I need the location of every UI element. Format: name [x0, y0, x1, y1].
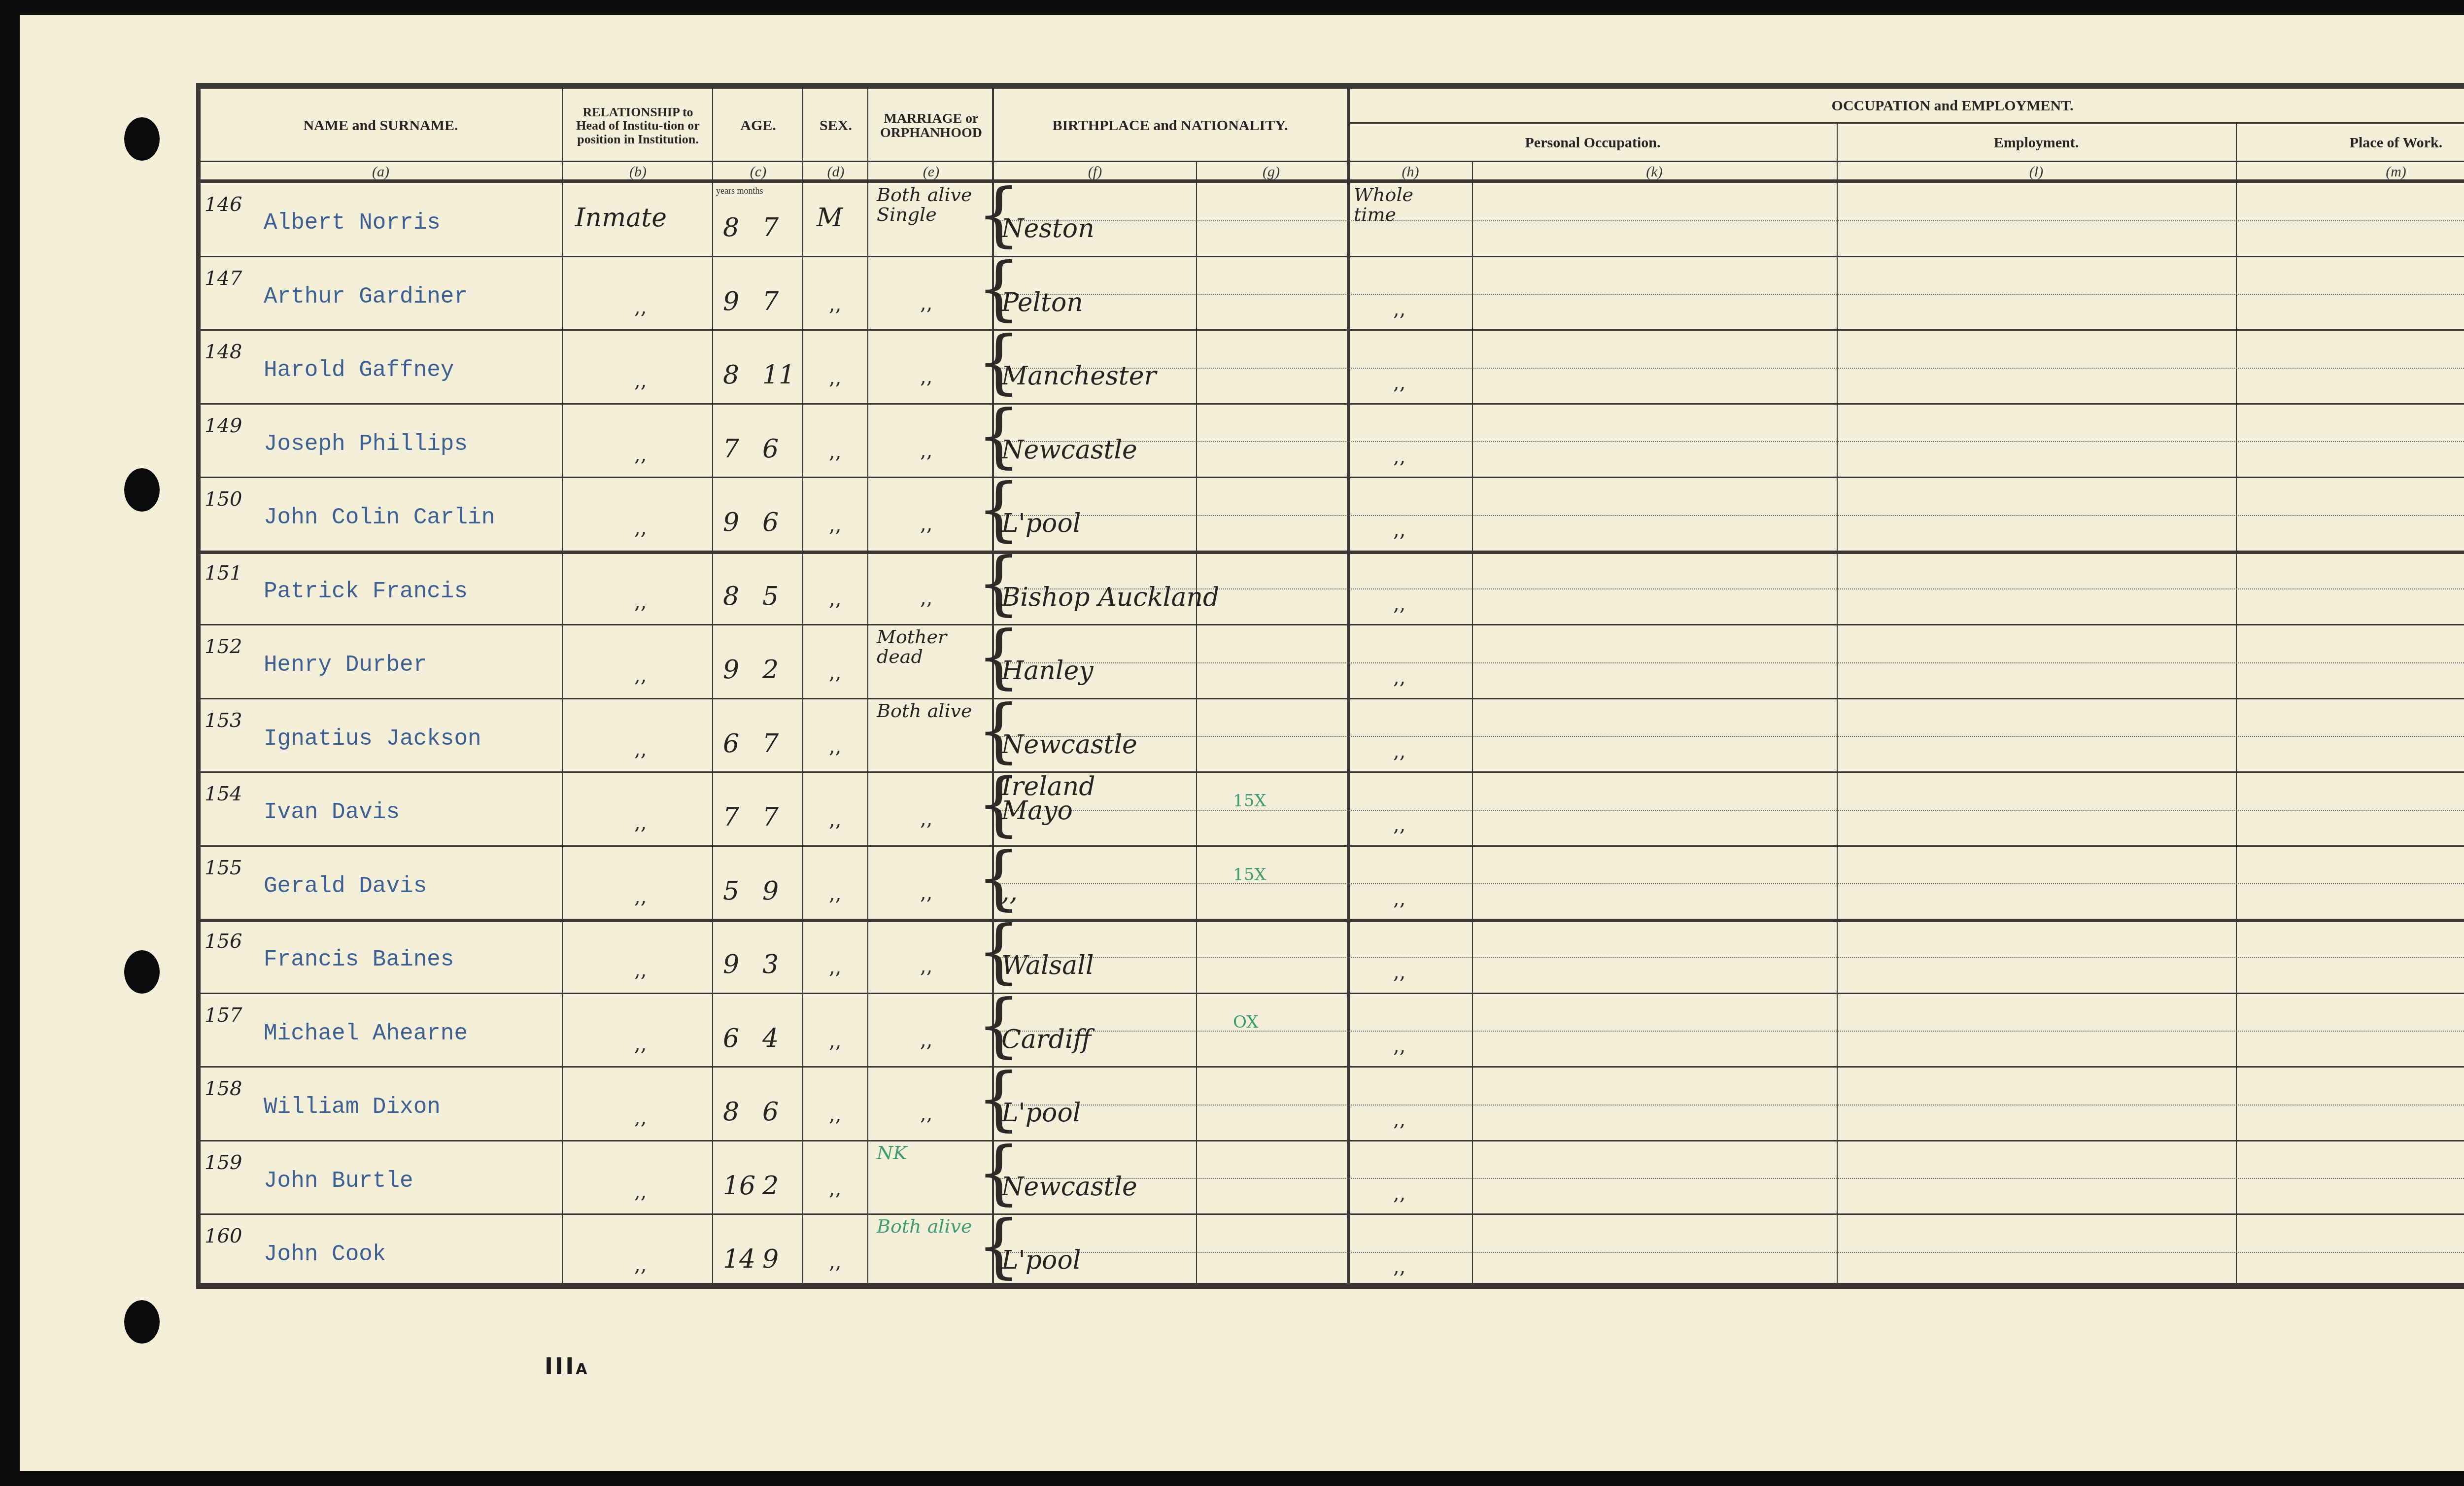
relationship-value[interactable]: ,, — [634, 1180, 647, 1203]
sex-value[interactable]: ,, — [829, 587, 841, 610]
table-row: 150 John Colin Carlin ,, 9 6 ,, ,, { L'p… — [201, 478, 2464, 552]
age-months[interactable]: 6 — [762, 508, 779, 537]
age-months[interactable]: 6 — [762, 1097, 779, 1127]
schedule-number: 157 — [205, 1004, 242, 1027]
sex-value[interactable]: ,, — [829, 1250, 841, 1273]
age-years[interactable]: 9 — [723, 950, 739, 979]
age-years[interactable]: 8 — [723, 1097, 739, 1127]
age-months[interactable]: 7 — [762, 287, 779, 316]
nationality-note[interactable]: 15X — [1233, 866, 1266, 884]
relationship-value[interactable]: ,, — [634, 296, 647, 318]
age-months[interactable]: 5 — [762, 582, 779, 611]
birthplace-value[interactable]: L'pool — [1001, 1098, 1081, 1128]
person-name[interactable]: John Cook — [264, 1242, 386, 1267]
age-months[interactable]: 6 — [762, 434, 779, 464]
marriage-value[interactable]: NK — [877, 1143, 975, 1163]
sex-value[interactable]: ,, — [829, 440, 841, 463]
col-letter-e: (e) — [868, 164, 994, 180]
marriage-value[interactable]: Mother dead — [877, 627, 975, 667]
person-name[interactable]: Patrick Francis — [264, 579, 468, 604]
row-midline — [994, 220, 2464, 221]
age-years[interactable]: 8 — [723, 360, 739, 390]
birthplace-value[interactable]: Manchester — [1001, 361, 1156, 391]
punch-hole — [124, 1300, 160, 1344]
col-letter-b: (b) — [563, 164, 713, 180]
person-name[interactable]: Ivan Davis — [264, 799, 400, 825]
occupation-value[interactable]: ,, — [1393, 298, 1423, 320]
marriage-value[interactable]: Both alive — [877, 1217, 975, 1237]
schedule-number: 149 — [205, 415, 242, 437]
table-row: 146 Albert Norris Inmate 8 7 M Both aliv… — [201, 183, 2464, 257]
header-sex: SEX. — [803, 89, 868, 163]
punch-hole — [124, 117, 160, 161]
schedule-number: 151 — [205, 562, 242, 585]
table-row: 151 Patrick Francis ,, 8 5 ,, ,, { Bisho… — [201, 552, 2464, 626]
birthplace-value[interactable]: L'pool — [1001, 1245, 1081, 1275]
sheet-mark: IIIA — [545, 1353, 589, 1380]
row-midline — [994, 1031, 2464, 1032]
table-row: 160 John Cook ,, 14 9 ,, Both alive { L'… — [201, 1215, 2464, 1289]
row-midline — [994, 883, 2464, 884]
col-letter-h: (h) — [1349, 164, 1472, 180]
birthplace-value[interactable]: L'pool — [1001, 509, 1081, 538]
schedule-number: 146 — [205, 193, 242, 216]
person-name[interactable]: John Burtle — [264, 1168, 413, 1194]
age-years[interactable]: 9 — [723, 655, 739, 685]
age-years[interactable]: 16 — [723, 1171, 755, 1201]
age-months[interactable]: 7 — [762, 213, 779, 242]
person-name[interactable]: Arthur Gardiner — [264, 284, 468, 310]
age-months[interactable]: 2 — [762, 655, 779, 685]
marriage-value[interactable]: Both alive Single — [877, 185, 975, 225]
row-midline — [994, 294, 2464, 295]
relationship-value[interactable]: ,, — [634, 369, 647, 392]
col-letter-c: (c) — [713, 164, 803, 180]
relationship-value[interactable]: ,, — [634, 1033, 647, 1055]
relationship-value[interactable]: ,, — [634, 1253, 647, 1276]
header-occupation-group: OCCUPATION and EMPLOYMENT. — [1349, 89, 2464, 123]
table-row: 159 John Burtle ,, 16 2 ,, NK { Newcastl… — [201, 1141, 2464, 1215]
row-midline — [994, 662, 2464, 663]
relationship-value[interactable]: ,, — [634, 664, 647, 687]
header-bottom-rule — [201, 179, 2464, 183]
birthplace-value[interactable]: Neston — [1001, 214, 1095, 243]
birthplace-value[interactable]: Hanley — [1001, 656, 1094, 686]
schedule-number: 154 — [205, 783, 242, 805]
sex-value[interactable]: ,, — [829, 808, 841, 831]
nationality-note[interactable]: OX — [1233, 1014, 1258, 1032]
sex-value[interactable]: ,, — [829, 1030, 841, 1052]
table-row: 157 Michael Ahearne ,, 6 4 ,, ,, { Cardi… — [201, 994, 2464, 1068]
occupation-value[interactable]: ,, — [1393, 518, 1423, 541]
schedule-number: 148 — [205, 341, 242, 363]
age-months[interactable]: 11 — [762, 360, 795, 390]
row-midline — [994, 1252, 2464, 1253]
header-marriage: MARRIAGE or ORPHANHOOD — [868, 89, 994, 163]
sex-value[interactable]: ,, — [829, 956, 841, 978]
header-rule — [201, 161, 2464, 162]
col-letter-m: (m) — [2236, 164, 2464, 180]
sex-value[interactable]: M — [817, 203, 843, 233]
age-years[interactable]: 8 — [723, 582, 739, 611]
relationship-value[interactable]: ,, — [634, 590, 647, 613]
table-row: 153 Ignatius Jackson ,, 6 7 ,, Both aliv… — [201, 699, 2464, 773]
schedule-number: 152 — [205, 635, 242, 658]
census-table: NAME and SURNAME. RELATIONSHIP to Head o… — [196, 83, 2464, 1289]
birthplace-value[interactable]: Newcastle — [1001, 730, 1137, 760]
table-row: 154 Ivan Davis ,, 7 7 ,, ,, { Ireland Ma… — [201, 773, 2464, 847]
occupation-value[interactable]: ,, — [1393, 961, 1423, 983]
sex-value[interactable]: ,, — [829, 882, 841, 905]
row-midline — [994, 957, 2464, 958]
header-name: NAME and SURNAME. — [201, 89, 561, 163]
table-row: 149 Joseph Phillips ,, 7 6 ,, ,, { Newca… — [201, 405, 2464, 479]
header-employment: Employment. — [1837, 124, 2236, 162]
table-row: 152 Henry Durber ,, 9 2 ,, Mother dead {… — [201, 625, 2464, 699]
person-name[interactable]: Albert Norris — [264, 210, 441, 236]
birthplace-value[interactable]: ,, — [1001, 877, 1018, 907]
person-name[interactable]: Henry Durber — [264, 652, 427, 678]
age-years[interactable]: 6 — [723, 1024, 739, 1053]
age-months[interactable]: 7 — [762, 729, 779, 759]
occupation-value[interactable]: ,, — [1393, 1182, 1423, 1205]
occupation-value[interactable]: ,, — [1393, 1035, 1423, 1057]
row-midline — [994, 736, 2464, 737]
schedule-number: 147 — [205, 267, 242, 290]
relationship-value[interactable]: Inmate — [575, 203, 667, 233]
occupation-value[interactable]: ,, — [1393, 740, 1423, 762]
birthplace-value[interactable]: Cardiff — [1001, 1025, 1091, 1054]
occupation-value[interactable]: ,, — [1393, 592, 1423, 615]
age-months[interactable]: 7 — [762, 802, 779, 832]
person-name[interactable]: Gerald Davis — [264, 873, 427, 899]
occupation-value[interactable]: ,, — [1393, 445, 1423, 468]
occupation-value[interactable]: ,, — [1393, 1108, 1423, 1131]
person-name[interactable]: Ignatius Jackson — [264, 726, 481, 752]
person-name[interactable]: Michael Ahearne — [264, 1021, 468, 1046]
birthplace-value[interactable]: Ireland Mayo — [1001, 775, 1149, 824]
table-row: 155 Gerald Davis ,, 5 9 ,, ,, { ,, 15X ,… — [201, 847, 2464, 921]
schedule-number: 150 — [205, 488, 242, 511]
relationship-value[interactable]: ,, — [634, 811, 647, 834]
row-midline — [994, 810, 2464, 811]
relationship-value[interactable]: ,, — [634, 885, 647, 908]
row-midline — [994, 1178, 2464, 1179]
row-midline — [994, 515, 2464, 516]
occupation-value[interactable]: ,, — [1393, 813, 1423, 836]
sex-value[interactable]: ,, — [829, 1177, 841, 1200]
punch-hole — [124, 950, 160, 994]
birthplace-value[interactable]: Walsall — [1001, 951, 1094, 980]
occupation-subheader-rule — [1349, 122, 2464, 124]
age-months[interactable]: 9 — [762, 1244, 779, 1274]
birthplace-value[interactable]: Newcastle — [1001, 1172, 1137, 1202]
schedule-number: 158 — [205, 1077, 242, 1100]
age-months[interactable]: 3 — [762, 950, 779, 979]
age-years[interactable]: 5 — [723, 876, 739, 906]
col-letter-a: (a) — [201, 164, 561, 180]
occupation-value[interactable]: ,, — [1393, 666, 1423, 689]
occupation-value[interactable]: ,, — [1393, 371, 1423, 394]
table-row: 156 Francis Baines ,, 9 3 ,, ,, { Walsal… — [201, 920, 2464, 994]
header-birthplace: BIRTHPLACE and NATIONALITY. — [994, 89, 1346, 163]
table-row: 147 Arthur Gardiner ,, 9 7 ,, ,, { Pelto… — [201, 257, 2464, 331]
header-relationship: RELATIONSHIP to Head of Institu-tion or … — [563, 89, 713, 163]
age-years[interactable]: 8 — [723, 213, 739, 242]
marriage-value[interactable]: Both alive — [877, 701, 975, 721]
age-months[interactable]: 4 — [762, 1024, 779, 1053]
row-midline — [994, 368, 2464, 369]
age-months[interactable]: 2 — [762, 1171, 779, 1201]
age-years[interactable]: 9 — [723, 508, 739, 537]
relationship-value[interactable]: ,, — [634, 738, 647, 760]
schedule-number: 156 — [205, 930, 242, 953]
nationality-note[interactable]: 15X — [1233, 793, 1266, 810]
occupation-value[interactable]: ,, — [1393, 1255, 1423, 1278]
age-years[interactable]: 7 — [723, 434, 739, 464]
schedule-number: 155 — [205, 857, 242, 879]
birthplace-value[interactable]: Bishop Auckland — [1001, 583, 1219, 612]
occupation-value[interactable]: Whole time — [1354, 185, 1452, 225]
col-letter-l: (l) — [1837, 164, 2236, 180]
birthplace-value[interactable]: Pelton — [1001, 288, 1083, 317]
sex-value[interactable]: ,, — [829, 1103, 841, 1126]
age-years[interactable]: 9 — [723, 287, 739, 316]
person-name[interactable]: Harold Gaffney — [264, 357, 454, 383]
person-name[interactable]: Francis Baines — [264, 947, 454, 972]
sex-value[interactable]: ,, — [829, 514, 841, 536]
age-years[interactable]: 7 — [723, 802, 739, 832]
table-row: 158 William Dixon ,, 8 6 ,, ,, { L'pool … — [201, 1068, 2464, 1141]
age-years[interactable]: 6 — [723, 729, 739, 759]
schedule-number: 153 — [205, 709, 242, 732]
header-place-of-work: Place of Work. — [2236, 124, 2464, 162]
col-letter-g: (g) — [1196, 164, 1346, 180]
sex-value[interactable]: ,, — [829, 366, 841, 389]
sex-value[interactable]: ,, — [829, 293, 841, 315]
header-age: AGE. — [713, 89, 803, 163]
sex-value[interactable]: ,, — [829, 661, 841, 684]
age-years[interactable]: 14 — [723, 1244, 755, 1274]
table-row: 148 Harold Gaffney ,, 8 11 ,, ,, { Manch… — [201, 331, 2464, 405]
header-personal-occupation: Personal Occupation. — [1349, 124, 1837, 162]
row-rule — [201, 1287, 2464, 1289]
relationship-value[interactable]: ,, — [634, 517, 647, 539]
row-midline — [994, 1105, 2464, 1106]
sex-value[interactable]: ,, — [829, 735, 841, 758]
schedule-number: 160 — [205, 1225, 242, 1247]
person-name[interactable]: John Colin Carlin — [264, 505, 495, 530]
person-name[interactable]: William Dixon — [264, 1094, 441, 1120]
person-name[interactable]: Joseph Phillips — [264, 431, 468, 457]
col-letter-f: (f) — [994, 164, 1196, 180]
relationship-value[interactable]: ,, — [634, 959, 647, 981]
punch-hole — [124, 468, 160, 512]
col-letter-d: (d) — [803, 164, 868, 180]
col-letter-k: (k) — [1472, 164, 1837, 180]
age-months[interactable]: 9 — [762, 876, 779, 906]
row-midline — [994, 441, 2464, 442]
schedule-number: 159 — [205, 1151, 242, 1174]
relationship-value[interactable]: ,, — [634, 1106, 647, 1129]
birthplace-value[interactable]: Newcastle — [1001, 435, 1137, 465]
relationship-value[interactable]: ,, — [634, 443, 647, 466]
occupation-value[interactable]: ,, — [1393, 887, 1423, 910]
